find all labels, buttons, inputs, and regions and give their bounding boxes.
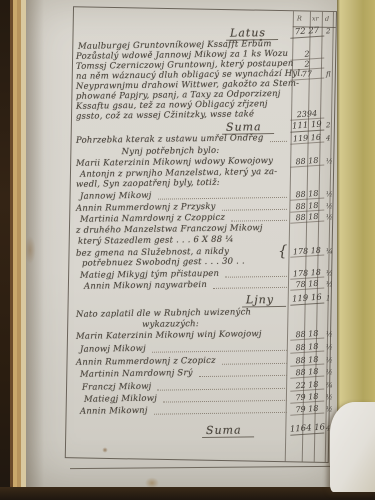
amount-fraction: ½	[326, 190, 333, 198]
amount-value: 119 16	[290, 132, 325, 144]
line-text: Janowj Mikowj	[80, 344, 146, 355]
line-text: Martinia Namrdownj z Czoppicz	[80, 213, 225, 225]
amount-value: 72 27	[290, 25, 325, 38]
line-text: Franczj Mikowj	[82, 382, 152, 393]
amount-value: 111 19	[290, 119, 325, 132]
line-text: Annin Mikownj	[80, 406, 148, 417]
amount-fraction: ½	[326, 280, 333, 288]
ledger-line: Ljny119 161	[76, 292, 335, 308]
dot-leader	[231, 220, 287, 222]
amount-fraction: 2	[326, 27, 331, 35]
line-text: Nynj potřebnjch bylo:	[122, 146, 220, 157]
amount-fraction: ¾	[326, 381, 333, 389]
line-text: wykazuzých:	[142, 319, 199, 330]
amount-fraction: 4	[326, 134, 331, 142]
amount-value: 88 18	[290, 188, 325, 200]
book-binding-edge	[0, 0, 10, 500]
dot-leader	[199, 375, 287, 377]
amount-fraction: ½	[326, 157, 333, 165]
amount-fraction: fl	[326, 70, 331, 78]
amount-value: 22 18	[290, 379, 325, 391]
amount-value: 119 16	[290, 292, 325, 305]
amount-value: 78 18	[290, 278, 325, 290]
dot-leader	[154, 412, 287, 415]
line-text: Annin Rummerdownj z Czopicz	[76, 356, 216, 368]
amount-fraction: ½	[326, 393, 333, 401]
page-curl	[330, 402, 375, 492]
amount-fraction: ½	[326, 356, 333, 364]
dot-leader	[152, 350, 287, 353]
amount-value: 79 18	[290, 391, 325, 403]
amount-fraction: ½	[326, 405, 333, 413]
ledger-line: Annin Mikownj79 18½	[76, 403, 335, 419]
dot-leader	[270, 141, 288, 142]
line-text: Matiegj Miklowj	[84, 394, 157, 405]
line-text: Marin Katerzinin Mikownj winj Kowojowj	[76, 329, 262, 342]
amount-fraction: 1	[326, 294, 331, 302]
line-text: Jannowj Mikowj	[80, 191, 152, 202]
line-text: Matiegj Mikygj tým přistaupen	[80, 269, 219, 281]
amount-fraction: ½	[326, 368, 333, 376]
dot-leader	[213, 287, 287, 289]
line-text: Pohrzebka kterak z ustawu umřel Ondřeg	[76, 133, 264, 146]
ledger-line: Suma1164 164	[76, 422, 335, 438]
amount-value: 88 18	[290, 366, 325, 378]
amount-fraction: ¼	[326, 247, 333, 255]
dot-leader	[222, 363, 287, 365]
ledger-photo: R xr d Latus72 272Maulburgej Gruntovníko…	[0, 0, 375, 500]
line-text: Annin Rummerdownj z Przysky	[76, 202, 216, 214]
ledger-page: R xr d Latus72 272Maulburgej Gruntovníko…	[26, 0, 337, 488]
amount-value: 88 18	[290, 341, 325, 353]
line-text: Suma	[202, 423, 254, 438]
dot-leader	[158, 197, 287, 200]
ledger-rows: Latus72 272Maulburgej Gruntovníkowej Kss…	[76, 0, 335, 470]
line-text: Martinin Namrdownj Srý	[80, 368, 193, 380]
amount-fraction: ½	[326, 202, 333, 210]
line-text: Annin Mikownj naywarbein	[84, 280, 207, 292]
ledger-line: Annin Mikownj naywarbein78 18½	[76, 278, 335, 294]
dot-leader	[225, 276, 287, 278]
dot-leader	[163, 400, 287, 403]
amount-value: 88 18	[290, 354, 325, 366]
book-bottom-shadow	[0, 487, 375, 500]
amount-fraction: ½	[326, 343, 333, 351]
dot-leader	[158, 388, 288, 391]
line-text: wedl, Syn zaopatřenj byly, totiž:	[76, 178, 220, 190]
amount-value: 79 18	[290, 403, 325, 415]
dot-leader	[222, 209, 287, 211]
amount-value: 1164 16	[290, 422, 325, 435]
line-text: potřebnuez Swobodnj gest . . . 30 . .	[82, 256, 245, 268]
line-text: Ljny	[242, 293, 286, 308]
amount-value: 88 18	[290, 328, 325, 340]
amount-fraction: 2	[326, 121, 331, 129]
page-edges-left	[10, 0, 26, 500]
line-text: který Stazedlem gest . . . 6 X 88 ¼	[78, 235, 234, 247]
amount-fraction: ½	[326, 213, 333, 221]
amount-fraction: ½	[326, 330, 333, 338]
amount-fraction: ½	[326, 269, 333, 277]
